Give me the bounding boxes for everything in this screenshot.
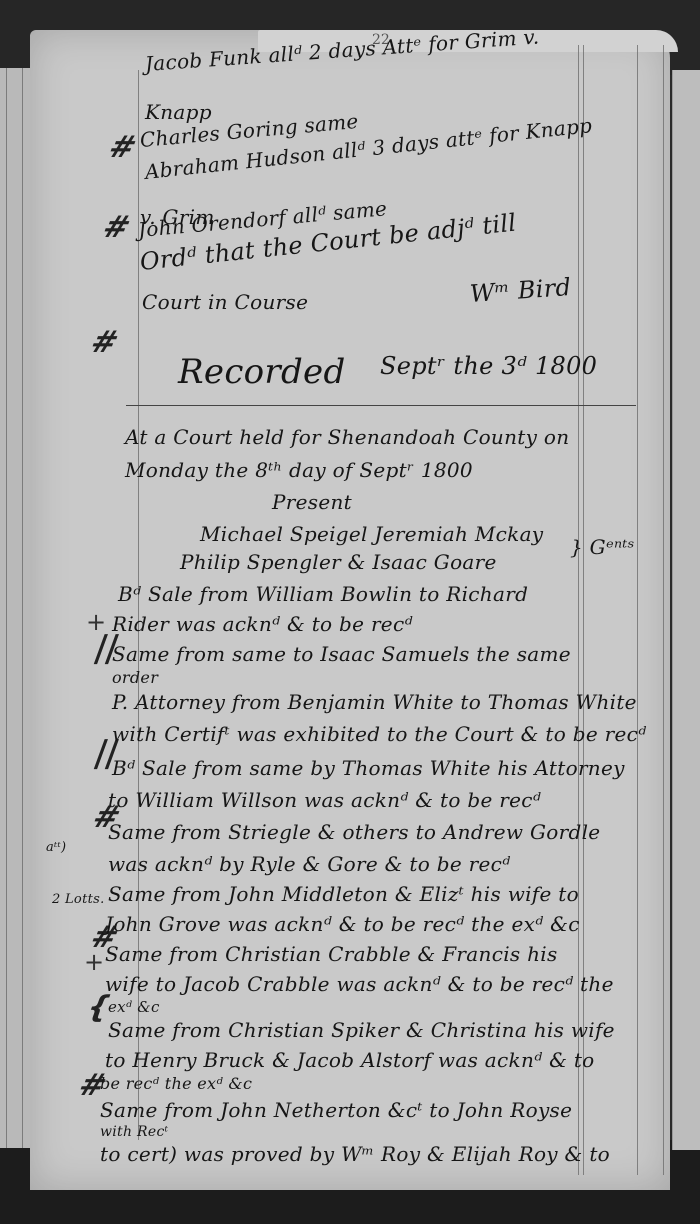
entry-line: to cert) was proved by Wᵐ Roy & Elijah R…: [100, 1142, 610, 1166]
cross-mark: +: [84, 948, 104, 976]
recorded-date: Septʳ the 3ᵈ 1800: [380, 352, 597, 380]
entry-line: Rider was acknᵈ & to be recᵈ: [112, 612, 413, 636]
entry-line: John Grove was acknᵈ & to be recᵈ the ex…: [105, 912, 580, 936]
column-rule: [583, 45, 584, 1175]
entry-line: Knapp: [145, 100, 212, 124]
entry-line: with Recᵗ: [100, 1124, 168, 1140]
column-rule: [637, 45, 638, 1175]
entry-line: Same from Christian Spiker & Christina h…: [108, 1018, 615, 1042]
entry-line: to William Willson was acknᵈ & to be rec…: [108, 788, 541, 812]
justices-suffix: } Gᵉⁿᵗˢ: [570, 535, 635, 559]
entry-line: Same from same to Isaac Samuels the same: [112, 642, 571, 666]
present-label: Present: [272, 490, 352, 514]
entry-line: Same from Christian Crabble & Francis hi…: [105, 942, 558, 966]
entry-line: with Certifᵗ was exhibited to the Court …: [112, 722, 646, 746]
entry-line: wife to Jacob Crabble was acknᵈ & to be …: [105, 972, 614, 996]
entry-line: be recᵈ the exᵈ &c: [100, 1074, 252, 1093]
page-rule: [22, 68, 23, 1148]
entry-line: Same from John Netherton &cᵗ to John Roy…: [100, 1098, 572, 1122]
recorded-label: Recorded: [178, 352, 346, 392]
cross-mark: +: [86, 608, 106, 636]
court-header-line1: At a Court held for Shenandoah County on: [125, 425, 569, 449]
entry-line: P. Attorney from Benjamin White to Thoma…: [112, 690, 637, 714]
entry-line: Same from John Middleton & Elizᵗ his wif…: [108, 882, 579, 906]
court-header-line2: Monday the 8ᵗʰ day of Septʳ 1800: [125, 458, 473, 482]
entry-line: Same from Striegle & others to Andrew Go…: [108, 820, 600, 844]
entry-line: exᵈ &c: [108, 998, 160, 1016]
column-rule: [663, 45, 664, 1175]
entry-line: to Henry Bruck & Jacob Alstorf was acknᵈ…: [105, 1048, 595, 1072]
section-divider: [126, 405, 636, 406]
column-rule: [578, 45, 579, 1175]
entry-line: order: [112, 668, 158, 687]
justices-line1: Michael Speigel Jeremiah Mckay: [200, 522, 543, 546]
justices-line2: Philip Spengler & Isaac Goare: [180, 550, 497, 574]
entry-line: Bᵈ Sale from William Bowlin to Richard: [118, 582, 528, 606]
entry-line: Bᵈ Sale from same by Thomas White his At…: [112, 756, 625, 780]
margin-note: aᵗᵗ): [46, 840, 66, 855]
entry-line: Court in Course: [142, 290, 308, 314]
page-stack-edge: [672, 70, 700, 1150]
page-rule: [6, 68, 7, 1148]
entry-line: was acknᵈ by Ryle & Gore & to be recᵈ: [108, 852, 510, 876]
margin-note: 2 Lotts.: [52, 892, 105, 907]
